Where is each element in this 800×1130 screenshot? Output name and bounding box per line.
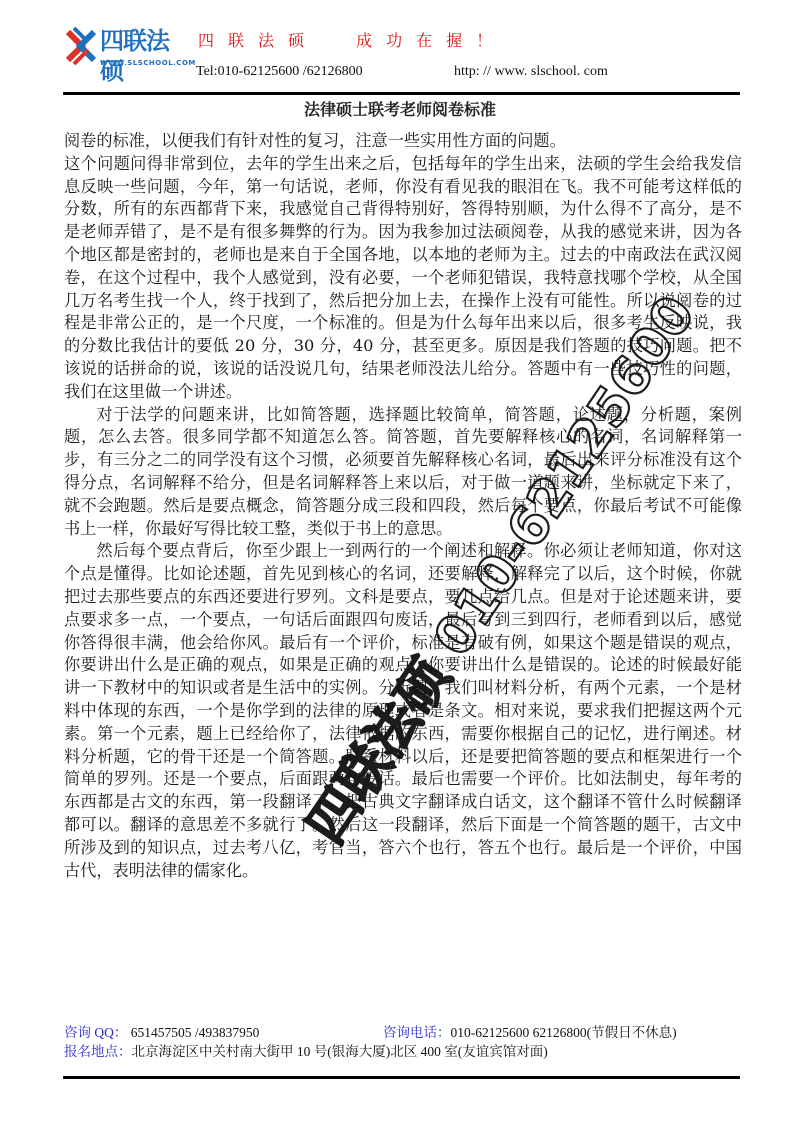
document-title: 法律硕士联考老师阅卷标准: [0, 97, 800, 120]
address-value: 北京海淀区中关村南大街甲 10 号(银海大厦)北区 400 室(友谊宾馆对面): [132, 1044, 548, 1059]
paragraph: 然后每个要点背后，你至少跟上一到两行的一个阐述和解释。你必须让老师知道，你对这个…: [64, 540, 742, 882]
header-divider: [63, 92, 740, 95]
phone-label: 咨询电话：: [383, 1025, 451, 1040]
document-page: 四联法硕 WWW.SLSCHOOL.COM 四联法硕 成功在握！ Tel:010…: [0, 0, 800, 1130]
phone-value: 010-62125600 62126800(节假日不休息): [451, 1025, 677, 1040]
paragraph: 阅卷的标准，以便我们有针对性的复习，注意一些实用性方面的问题。: [64, 130, 742, 153]
footer-contact: 咨询 QQ： 651457505 /493837950 咨询电话：010-621…: [64, 1023, 754, 1061]
paragraph: 对于法学的问题来讲，比如简答题，选择题比较简单，简答题，论述题，分析题，案例题，…: [64, 404, 742, 541]
brand-logo: 四联法硕 WWW.SLSCHOOL.COM: [64, 24, 182, 74]
paragraph: 这个问题问得非常到位，去年的学生出来之后，包括每年的学生出来，法硕的学生会给我发…: [64, 153, 742, 404]
document-body: 阅卷的标准，以便我们有针对性的复习，注意一些实用性方面的问题。 这个问题问得非常…: [64, 130, 742, 882]
header-telephone: Tel:010-62125600 /62126800: [196, 64, 363, 80]
slogan: 四联法硕 成功在握！: [198, 28, 506, 51]
footer-row-contact: 咨询 QQ： 651457505 /493837950 咨询电话：010-621…: [64, 1023, 754, 1042]
footer-row-address: 报名地点：北京海淀区中关村南大街甲 10 号(银海大厦)北区 400 室(友谊宾…: [64, 1042, 754, 1061]
phone-group: 咨询电话：010-62125600 62126800(节假日不休息): [383, 1023, 677, 1042]
header-website: http: // www. slschool. com: [454, 64, 608, 80]
logo-wordmark: 四联法硕: [100, 26, 182, 86]
address-label: 报名地点：: [64, 1044, 132, 1059]
logo-knot-icon: [64, 26, 98, 66]
qq-label: 咨询 QQ：: [64, 1025, 127, 1040]
footer-divider: [63, 1076, 740, 1079]
qq-value: 651457505 /493837950: [131, 1025, 260, 1040]
logo-url: WWW.SLSCHOOL.COM: [100, 59, 196, 67]
